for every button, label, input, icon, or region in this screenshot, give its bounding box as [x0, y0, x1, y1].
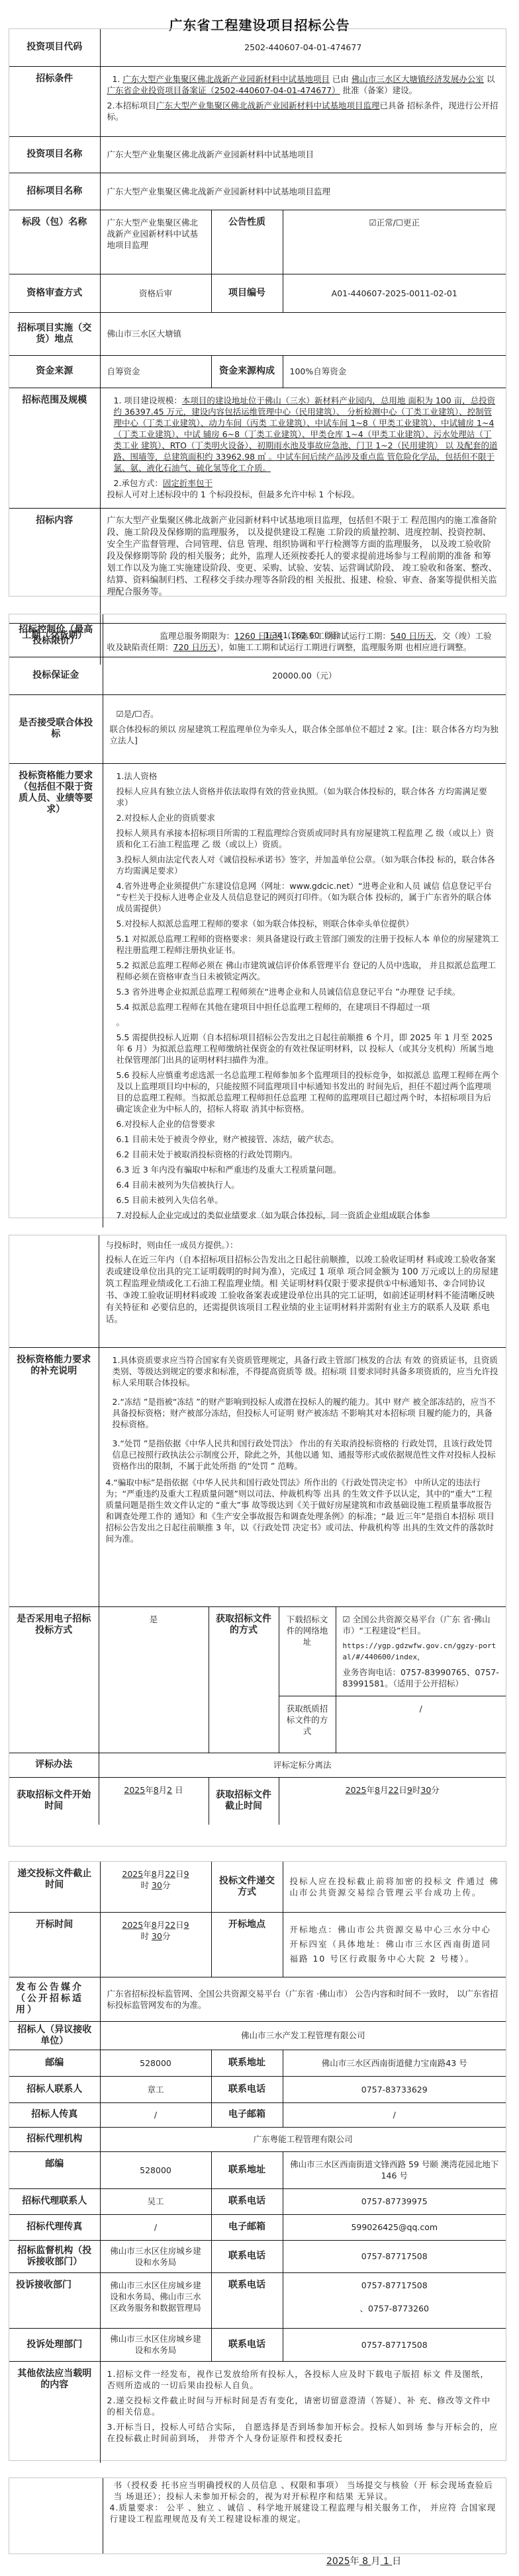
media-value: 广东省招标投标监管网、全国公共资源交易平台（广东省 ·佛山市） 公告内容和时间不…	[100, 1977, 506, 2021]
a-zip-label: 邮编	[9, 2151, 100, 2188]
eproc-label: 是否采用电子招标投标方式	[9, 1606, 99, 1753]
obtain-label: 获取招标文件的方式	[209, 1606, 279, 1753]
notice-type-value: ☑正常/☐更正	[283, 210, 506, 274]
end-value: 2025年8月22日9时30分	[279, 1777, 506, 1825]
t-contact-value: 章工	[100, 2076, 211, 2102]
submit-way-label: 投标文件递交方式	[211, 1862, 283, 1912]
agent-value: 广东粤能工程管理有限公司	[100, 2127, 506, 2151]
deposit-label: 投标保证金	[9, 657, 103, 694]
paper-label: 获取纸质招标文件的方式	[279, 1696, 336, 1753]
scope-label: 招标范围及规模	[9, 388, 100, 508]
open-place-label: 开标地点	[211, 1912, 283, 1977]
fund-label: 资金来源	[9, 355, 100, 388]
t-addr-value: 佛山市三水区西南街道健力宝南路43 号	[283, 2050, 506, 2076]
project-no-value: A01-440607-2025-0011-02-01	[283, 274, 506, 312]
section-name-value: 广东大型产业集聚区佛北战新产业园新材料中试基地项目监理	[100, 210, 211, 274]
start-label: 获取招标文件开始时间	[9, 1777, 99, 1825]
eval-value: 评标定标分离法	[99, 1753, 506, 1777]
bid-name-value: 广东大型产业集聚区佛北战新产业园新材料中试基地项目监理	[100, 173, 506, 210]
open-time-value: 2025年8月22日9时 30分	[100, 1912, 211, 1977]
comp-value: 佛山市三水区住房城乡建设和水务局、佛山市三水区政务服务和数据管理局	[100, 2272, 211, 2328]
tenderer-label: 招标人（异议接收单位）	[9, 2021, 100, 2050]
t-email-label: 电子邮箱	[211, 2102, 283, 2127]
sup-phone-label: 联系电话	[211, 2240, 283, 2272]
conditions-value: 1. 广东大型产业集聚区佛北战新产业园新材料中试基地项目 已由 佛山市三水区大塘…	[100, 66, 506, 136]
notice-table-4: 递交投标文件截止时间 2025年8月22日9时 30分 投标文件递交方式 投标人…	[9, 1861, 506, 2461]
sup-value: 佛山市三水区住房城乡建设和水务局	[100, 2240, 211, 2272]
handle-phone-label: 联系电话	[211, 2328, 283, 2361]
consortium-value: ☑是/☐否。 联合体投标的须以 房屋建筑工程监理单位为牵头人，联合体全部单位不超…	[103, 694, 506, 763]
agent-label: 招标代理机构	[9, 2127, 100, 2151]
a-phone-value: 0757-87739975	[283, 2188, 506, 2214]
fund-comp-value: 100%自筹资金	[283, 355, 506, 388]
issue-date: 2025年 8 月 1 日	[326, 2554, 401, 2567]
download-value: ☑ 全国公共资源交易平台（广东 省·佛山市）“工程建设”栏目。 https://…	[336, 1606, 506, 1696]
handle-label: 投诉处理部门	[9, 2328, 100, 2361]
qual-label: 投标资格能力要求（包括但不限于资质人员、业绩等要求）	[9, 763, 103, 1227]
content-value: 广东大型产业集聚区佛北战新产业园新材料中试基地项目监理，包括但不限于工 程范围内…	[100, 508, 506, 623]
sup-label: 招标监督机构（投诉接收部门）	[9, 2240, 100, 2272]
comp-phone-value: 0757-87717508 、0757-8773260	[283, 2272, 506, 2328]
review-value: 资格后审	[100, 274, 211, 312]
invest-name-label: 投资项目名称	[9, 136, 100, 173]
notice-table-2: 招标控制价（最高投标限价） 1,341,162.60（元） 投标保证金 2000…	[9, 614, 506, 1218]
start-value: 2025年8月2 日	[99, 1777, 209, 1825]
price-label: 招标控制价（最高投标限价）	[9, 614, 103, 657]
conditions-label: 招标条件	[9, 66, 100, 136]
t-contact-label: 招标人联系人	[9, 2076, 100, 2102]
notice-table-3: 与投标时，则由任一成员方提供。）： 投标人在近三年内（自本招标项目招标公告发出之…	[9, 1235, 506, 1847]
price-value: 1,341,162.60（元）	[103, 614, 506, 657]
qual-value: 1.法人资格 投标人应具有独立法人资格并依法取得有效的营业执照。（如为联合体投标…	[103, 763, 506, 1227]
end-label: 获取招标文件截止时间	[209, 1777, 279, 1825]
comp-label: 投诉接收部门	[9, 2272, 100, 2328]
t-fax-value: /	[100, 2102, 211, 2127]
a-addr-label: 联系地址	[211, 2151, 283, 2188]
other-label: 其他依法应当载明的内容	[9, 2361, 100, 2463]
consortium-label: 是否接受联合体投标	[9, 694, 103, 763]
location-label: 招标项目实施（交货）地点	[9, 312, 100, 355]
open-place-value: 开标地点：佛山市公共资源交易中心三水分中心开标四室（具体地址：佛山市三水区西南街…	[283, 1912, 506, 1977]
handle-value: 佛山市三水区住房城乡建设和水务局	[100, 2328, 211, 2361]
media-label: 发布公告媒介（公开招标适用）	[9, 1977, 100, 2021]
t-phone-value: 0757-83733629	[283, 2076, 506, 2102]
submit-label: 递交投标文件截止时间	[9, 1862, 100, 1912]
content-label: 招标内容	[9, 508, 100, 623]
notice-table-1: 投资项目代码 2502-440607-04-01-474677 招标条件 1. …	[9, 28, 506, 597]
a-contact-label: 招标代理联系人	[9, 2188, 100, 2214]
t-addr-label: 联系地址	[211, 2050, 283, 2076]
a-addr-value: 佛山市三水区西南街道文锋西路 59 号颐 澳湾花园北地下 146 号	[283, 2151, 506, 2188]
notice-table-5: 书（授权委 托书应当明确授权的人员信息 、权限和事项） 当场提交与核验（开 标会…	[9, 2477, 506, 2554]
comp-phone-label: 联系电话	[211, 2272, 283, 2328]
handle-phone-value: 0757-87717508	[283, 2328, 506, 2361]
paper-value: /	[336, 1696, 506, 1753]
project-no-label: 项目编号	[211, 274, 283, 312]
qual-cont-value: 与投标时，则由任一成员方提供。）： 投标人在近三年内（自本招标项目招标公告发出之…	[99, 1235, 506, 1347]
download-label: 下载招标文件的网络地址	[279, 1606, 336, 1696]
scope-value: 1. 项目建设规模：本项目的建设地址位于佛山（三水）新材料产业园内，总用地 面积…	[100, 388, 506, 508]
t-fax-label: 招标人传真	[9, 2102, 100, 2127]
a-fax-value: /	[100, 2214, 211, 2240]
sup-phone-value: 0757-87717508	[283, 2240, 506, 2272]
fund-value: 自筹资金	[100, 355, 211, 388]
submit-way-value: 投标人应在投标截止前将加密的投标文 件通过 佛山市公共资源交易综合管理云平台成功…	[283, 1862, 506, 1912]
invest-name-value: 广东大型产业集聚区佛北战新产业园新材料中试基地项目	[100, 136, 506, 173]
other-cont-value: 书（授权委 托书应当明确授权的人员信息 、权限和事项） 当场提交与核验（开 标会…	[103, 2478, 506, 2554]
deposit-value: 20000.00（元）	[103, 657, 506, 694]
a-zip-value: 528000	[100, 2151, 211, 2188]
download-link[interactable]: https://ygp.gdzwfw.gov.cn/ggzy-portal/#/…	[343, 1640, 500, 1663]
other-value: 1.招标文件一经发布，视作已发放给所有投标人，各投标人应及时下载电子版招 标文 …	[100, 2361, 506, 2463]
a-email-value[interactable]: 599026425@qq.com	[283, 2214, 506, 2240]
bid-name-label: 招标项目名称	[9, 173, 100, 210]
supp-value: 1.具体资质要求应当符合国家有关资质管理规定，具备行政主管部门核发的合法 有效 …	[99, 1347, 506, 1606]
tenderer-value: 佛山市三水产发工程管理有限公司	[100, 2021, 506, 2050]
t-zip-label: 邮编	[9, 2050, 100, 2076]
open-time-label: 开标时间	[9, 1912, 100, 1977]
submit-value: 2025年8月22日9时 30分	[100, 1862, 211, 1912]
eproc-value: 是	[99, 1606, 209, 1753]
fund-comp-label: 资金来源构成	[211, 355, 283, 388]
eval-label: 评标办法	[9, 1753, 99, 1777]
t-zip-value: 528000	[100, 2050, 211, 2076]
a-phone-label: 联系电话	[211, 2188, 283, 2214]
review-label: 资格审查方式	[9, 274, 100, 312]
a-fax-label: 招标代理传真	[9, 2214, 100, 2240]
t-email-value: /	[283, 2102, 506, 2127]
invest-code-label: 投资项目代码	[9, 29, 100, 66]
a-contact-value: 吴工	[100, 2188, 211, 2214]
supp-label: 投标资格能力要求的补充说明	[9, 1347, 99, 1606]
a-email-label: 电子邮箱	[211, 2214, 283, 2240]
t-phone-label: 联系电话	[211, 2076, 283, 2102]
section-name-label: 标段（包）名称	[9, 210, 100, 274]
invest-code-value: 2502-440607-04-01-474677	[100, 29, 506, 66]
location-value: 佛山市三水区大塘镇	[100, 312, 506, 355]
notice-type-label: 公告性质	[211, 210, 283, 274]
